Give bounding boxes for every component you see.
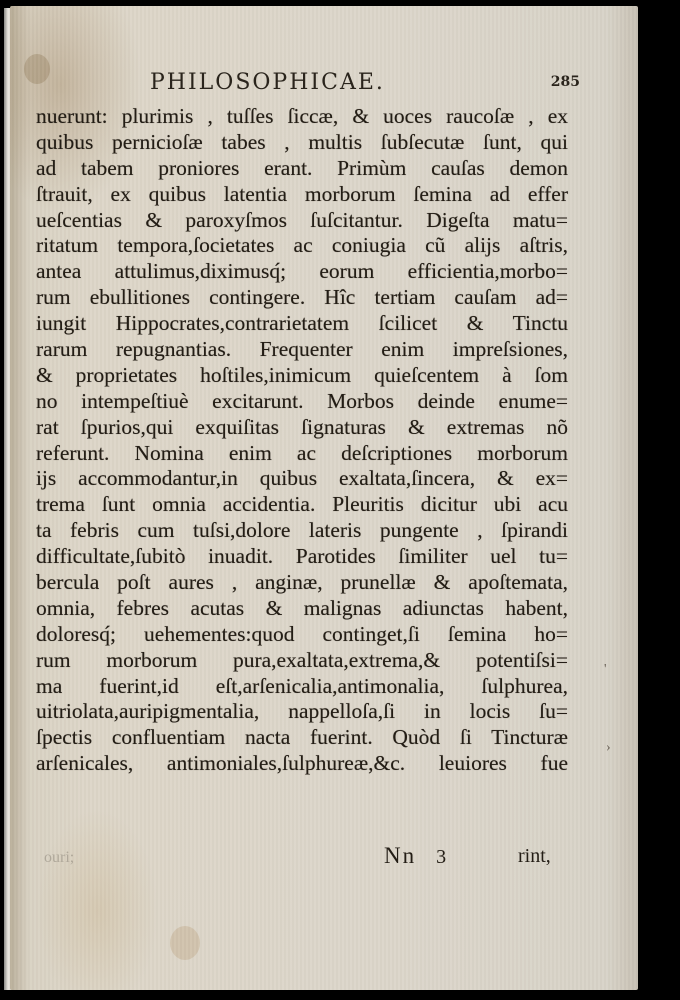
margin-mark: › <box>606 740 611 756</box>
body-text: nuerunt: plurimis , tuſſes ſiccæ, & uoce… <box>36 104 572 777</box>
text-line: difficultate,ſubitò inuadit. Parotides ſ… <box>36 544 568 570</box>
text-line: antea attulimus,diximusq́; eorum efficie… <box>36 259 568 285</box>
text-line: ta febris cum tuſsi,dolore lateris punge… <box>36 518 568 544</box>
page-number: 285 <box>551 74 580 90</box>
page-footer: ouri; Nn3 rint, <box>36 843 576 873</box>
paper-stain <box>170 926 200 960</box>
signature-mark: Nn3 <box>384 843 448 869</box>
text-line: trema ſunt omnia accidentia. Pleuritis d… <box>36 492 568 518</box>
text-line: ma fuerint,id eſt,arſenicalia,antimonali… <box>36 674 568 700</box>
catchword: rint, <box>518 845 551 868</box>
signature-letters: Nn <box>384 843 416 868</box>
text-line: quibus pernicioſæ tabes , multis ſubſecu… <box>36 130 568 156</box>
text-line: bercula poſt aures , anginæ, prunellæ & … <box>36 570 568 596</box>
text-line: rat ſpurios,qui exquiſitas ſignaturas & … <box>36 415 568 441</box>
scanned-book-page: PHILOSOPHICAE. 285 nuerunt: plurimis , t… <box>0 0 680 1000</box>
text-line: ſtrauit, ex quibus latentia morborum ſem… <box>36 182 568 208</box>
text-line: referunt. Nomina enim ac deſcriptiones m… <box>36 441 568 467</box>
text-line: rum morborum pura,exaltata,extrema,& pot… <box>36 648 568 674</box>
text-line: uitriolata,auripigmentalia, nappelloſa,ſ… <box>36 699 568 725</box>
text-line: omnia, febres acutas & malignas adiuncta… <box>36 596 568 622</box>
text-line: rarum repugnantias. Frequenter enim impr… <box>36 337 568 363</box>
text-line: ueſcentias & paroxyſmos ſuſcitantur. Dig… <box>36 208 568 234</box>
text-line: rum ebullitiones contingere. Hîc tertiam… <box>36 285 568 311</box>
margin-mark: ' <box>604 662 607 678</box>
text-line: ĳs accommodantur,in quibus exaltata,ſinc… <box>36 466 568 492</box>
paper-stain <box>24 54 50 84</box>
text-line: & proprietates hoſtiles,inimicum quieſce… <box>36 363 568 389</box>
text-line: ſpectis confluentiam nacta fuerint. Quòd… <box>36 725 568 751</box>
text-line: iungit Hippocrates,contrarietatem ſcilic… <box>36 311 568 337</box>
text-line: nuerunt: plurimis , tuſſes ſiccæ, & uoce… <box>36 104 568 130</box>
running-head: PHILOSOPHICAE. <box>150 70 385 95</box>
text-line: ritatum tempora,ſocietates ac coniugia c… <box>36 233 568 259</box>
signature-number: 3 <box>436 846 448 868</box>
text-line: doloresq́; uehementes:quod continget,ſi … <box>36 622 568 648</box>
text-line: arſenicales, antimoniales,ſulphureæ,&c. … <box>36 751 568 777</box>
page-header: PHILOSOPHICAE. 285 <box>150 70 580 100</box>
text-line: no intempeſtiuè excitarunt. Morbos deind… <box>36 389 568 415</box>
text-line: ad tabem proniores erant. Primùm cauſas … <box>36 156 568 182</box>
bleed-through-text: ouri; <box>44 849 74 867</box>
